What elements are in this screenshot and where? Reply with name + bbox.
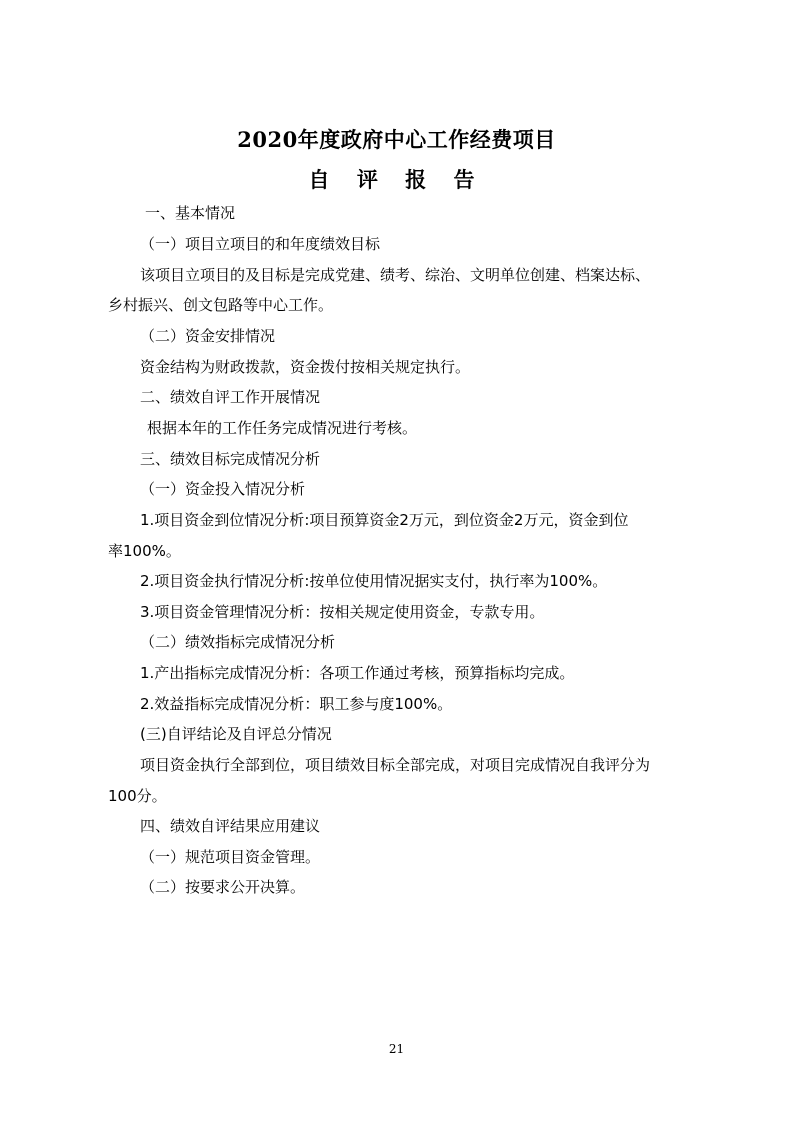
paragraph-line: 1.产出指标完成情况分析：各项工作通过考核，预算指标均完成。 xyxy=(140,663,574,683)
paragraph-line: （二）绩效指标完成情况分析 xyxy=(140,632,335,652)
paragraph-line: 率100%。 xyxy=(108,541,181,561)
paragraph-line: 一、基本情况 xyxy=(145,203,235,223)
document-subtitle: 自 评 报 告 xyxy=(0,164,793,194)
paragraph-line: 2.项目资金执行情况分析:按单位使用情况据实支付，执行率为100%。 xyxy=(140,571,607,591)
paragraph-line: 四、绩效自评结果应用建议 xyxy=(140,816,320,836)
paragraph-line: 二、绩效自评工作开展情况 xyxy=(140,387,320,407)
paragraph-line: 根据本年的工作任务完成情况进行考核。 xyxy=(147,418,417,438)
paragraph-line: 3.项目资金管理情况分析：按相关规定使用资金，专款专用。 xyxy=(140,602,544,622)
paragraph-line: （二）资金安排情况 xyxy=(140,326,275,346)
paragraph-line: 资金结构为财政拨款，资金拨付按相关规定执行。 xyxy=(140,357,470,377)
paragraph-line: 项目资金执行全部到位，项目绩效目标全部完成，对项目完成情况自我评分为 xyxy=(140,755,650,775)
page-number: 21 xyxy=(0,1042,793,1056)
paragraph-line: （一）规范项目资金管理。 xyxy=(140,847,320,867)
document-title: 2020年度政府中心工作经费项目 xyxy=(0,124,793,154)
paragraph-line: 该项目立项目的及目标是完成党建、绩考、综治、文明单位创建、档案达标、 xyxy=(140,265,650,285)
paragraph-line: （一）项目立项目的和年度绩效目标 xyxy=(140,234,380,254)
paragraph-line: 1.项目资金到位情况分析:项目预算资金2万元，到位资金2万元，资金到位 xyxy=(140,510,628,530)
paragraph-line: 三、绩效目标完成情况分析 xyxy=(140,449,320,469)
paragraph-line: （二）按要求公开决算。 xyxy=(140,877,305,897)
paragraph-line: 乡村振兴、创文包路等中心工作。 xyxy=(108,295,333,315)
paragraph-line: (三)自评结论及自评总分情况 xyxy=(140,724,332,744)
paragraph-line: （一）资金投入情况分析 xyxy=(140,479,305,499)
paragraph-line: 100分。 xyxy=(108,786,167,806)
paragraph-line: 2.效益指标完成情况分析：职工参与度100%。 xyxy=(140,694,452,714)
